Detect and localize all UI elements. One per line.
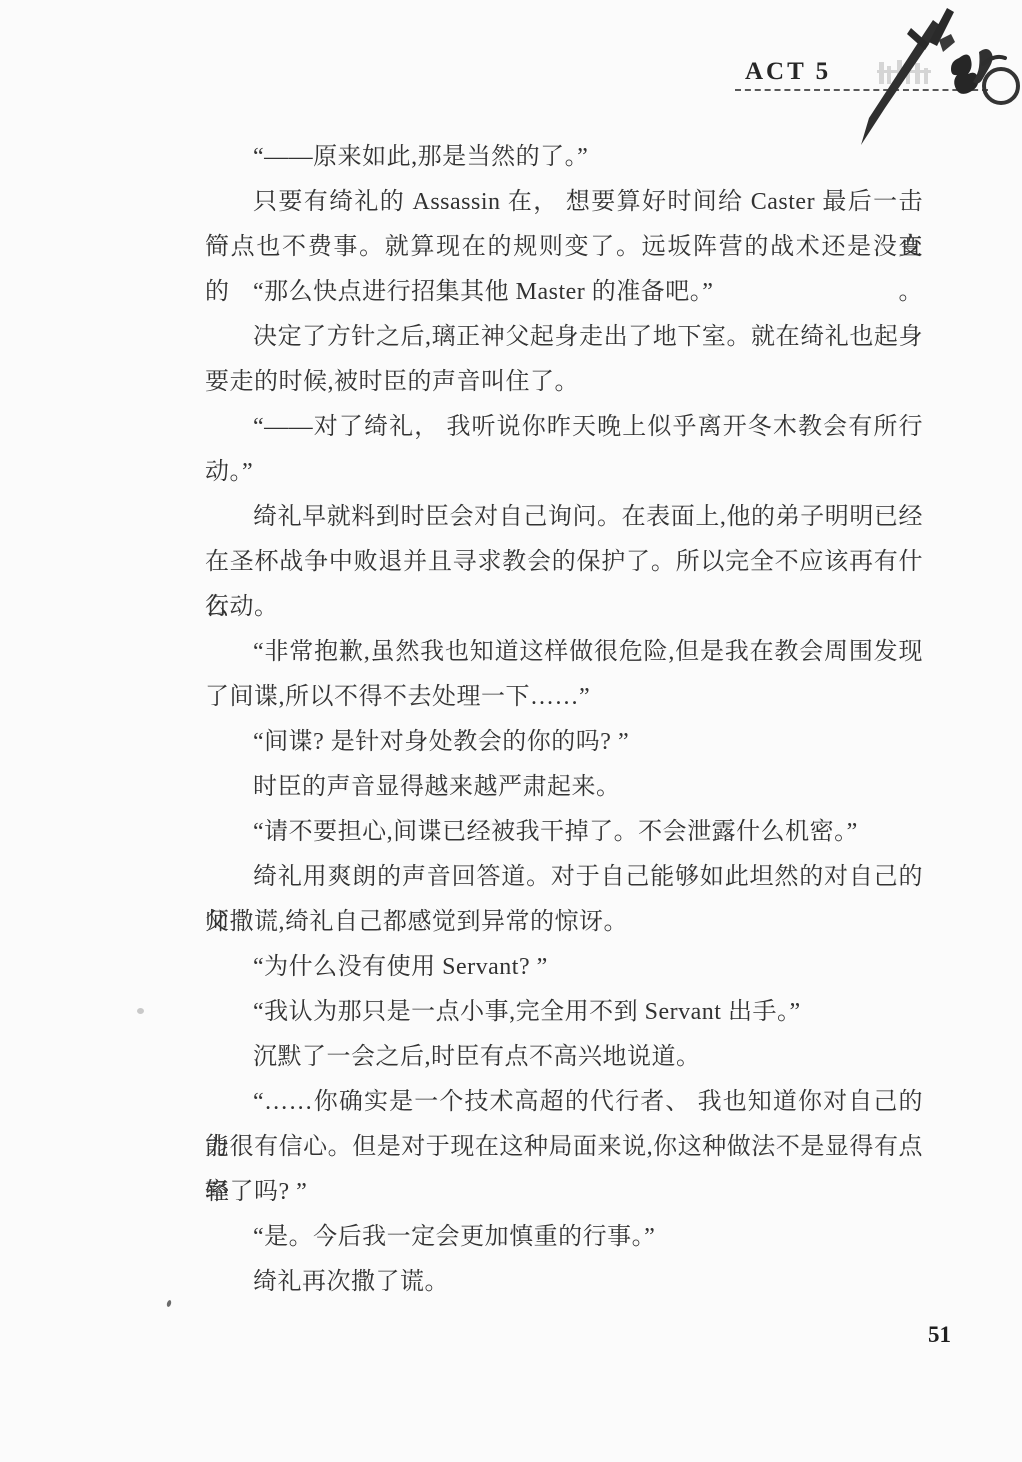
act-header: ACT 5	[745, 58, 831, 86]
text-line: “——对了绮礼， 我听说你昨天晚上似乎离开冬木教会有所行	[205, 405, 923, 450]
text-line: 了间谍,所以不得不去处理一下……”	[205, 675, 923, 720]
text-line: 父撒谎,绮礼自己都感觉到异常的惊讶。	[205, 900, 923, 945]
scan-speck	[166, 1300, 172, 1308]
text-line: “我认为那只是一点小事,完全用不到 Servant 出手。”	[205, 990, 923, 1035]
page-number: 51	[928, 1322, 951, 1348]
text-line: 行动。	[205, 585, 923, 630]
text-line: 只要有绮礼的 Assassin 在， 想要算好时间给 Caster 最后一击简直	[205, 180, 923, 225]
text-line: 在圣杯战争中败退并且寻求教会的保护了。所以完全不应该再有什么	[205, 540, 923, 585]
text-line: 率了吗? ”	[205, 1170, 923, 1215]
text-line: 要走的时候,被时臣的声音叫住了。	[205, 360, 923, 405]
text-line: “间谍? 是针对身处教会的你的吗? ”	[205, 720, 923, 765]
text-line: 绮礼用爽朗的声音回答道。对于自己能够如此坦然的对自己的师	[205, 855, 923, 900]
text-line: 时臣的声音显得越来越严肃起来。	[205, 765, 923, 810]
text-line: “请不要担心,间谍已经被我干掉了。不会泄露什么机密。”	[205, 810, 923, 855]
text-line: 动。”	[205, 450, 923, 495]
text-line: “为什么没有使用 Servant? ”	[205, 945, 923, 990]
text-line: 决定了方针之后,璃正神父起身走出了地下室。就在绮礼也起身	[205, 315, 923, 360]
scan-speck	[137, 1008, 144, 1014]
text-line: 绮礼再次撒了谎。	[205, 1260, 923, 1305]
body-text: “——原来如此,那是当然的了。”只要有绮礼的 Assassin 在， 想要算好时…	[205, 135, 923, 1305]
text-line: 力很有信心。但是对于现在这种局面来说,你这种做法不是显得有点轻	[205, 1125, 923, 1170]
text-line: 沉默了一会之后,时臣有点不高兴地说道。	[205, 1035, 923, 1080]
text-line: “——原来如此,那是当然的了。”	[205, 135, 923, 180]
text-line: “……你确实是一个技术高超的代行者、 我也知道你对自己的能	[205, 1080, 923, 1125]
text-line: 绮礼早就料到时臣会对自己询问。在表面上,他的弟子明明已经	[205, 495, 923, 540]
text-line: “非常抱歉,虽然我也知道这样做很危险,但是我在教会周围发现	[205, 630, 923, 675]
text-line: 一点也不费事。就算现在的规则变了。远坂阵营的战术还是没变的。	[205, 225, 923, 270]
text-line: “是。今后我一定会更加慎重的行事。”	[205, 1215, 923, 1260]
book-page: ACT 5	[0, 0, 1022, 1462]
